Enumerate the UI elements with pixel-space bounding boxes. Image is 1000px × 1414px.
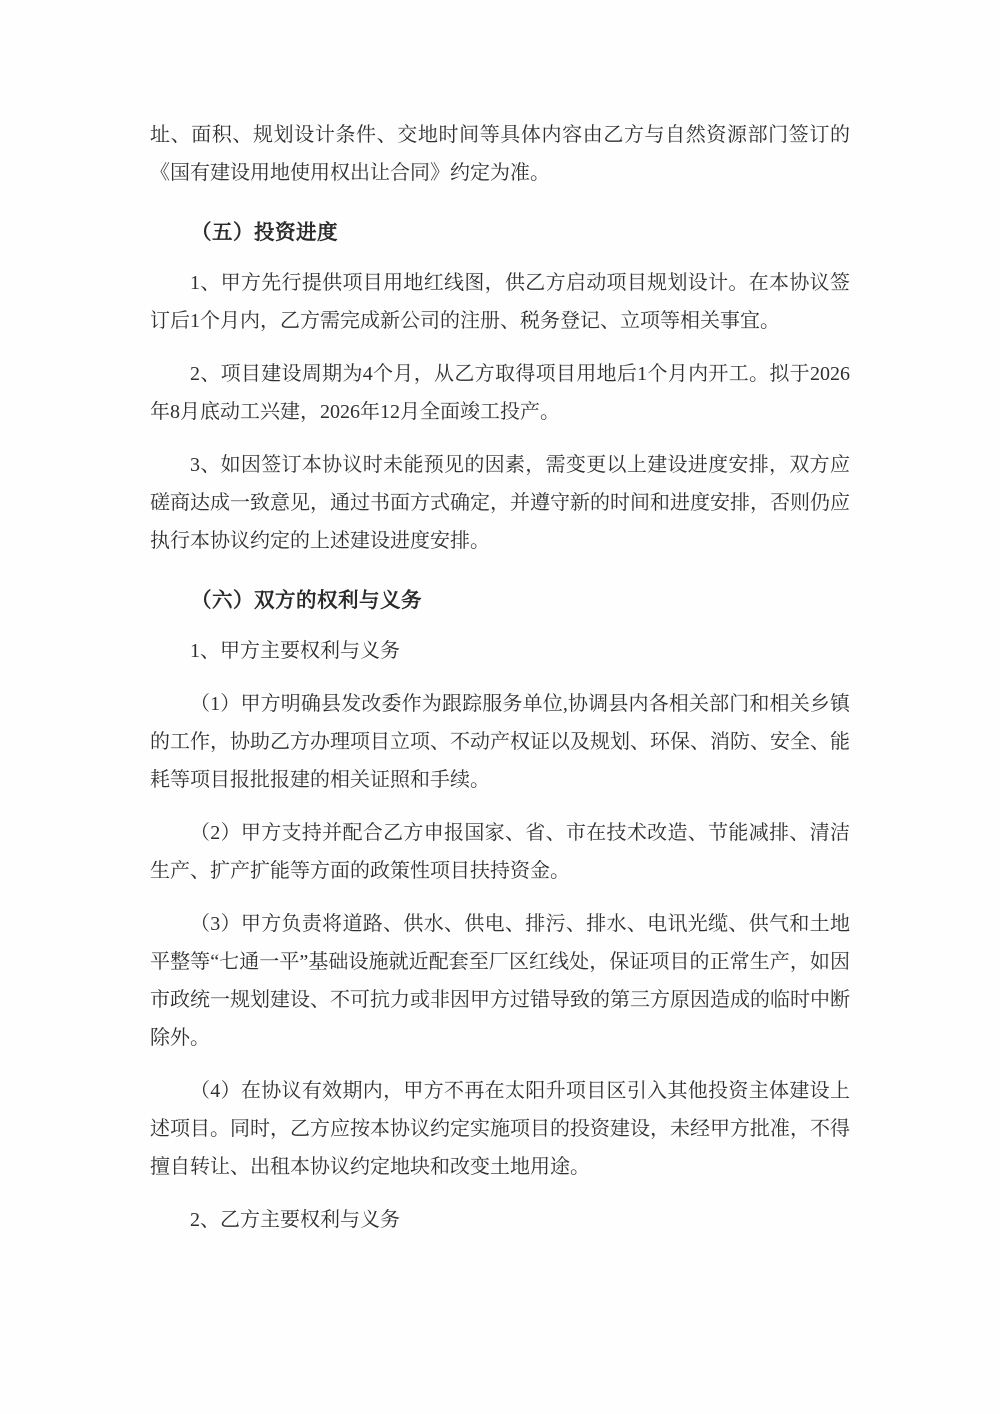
paragraph-party-a-item-3: （3）甲方负责将道路、供水、供电、排污、排水、电讯光缆、供气和土地平整等“七通一… — [150, 905, 850, 1057]
section-heading-rights-obligations: （六）双方的权利与义务 — [150, 582, 850, 620]
paragraph-schedule-item-1: 1、甲方先行提供项目用地红线图，供乙方启动项目规划设计。在本协议签订后1个月内，… — [150, 264, 850, 340]
paragraph-schedule-item-2: 2、项目建设周期为4个月，从乙方取得项目用地后1个月内开工。拟于2026年8月底… — [150, 355, 850, 431]
paragraph-party-a-item-4: （4）在协议有效期内，甲方不再在太阳升项目区引入其他投资主体建设上述项目。同时，… — [150, 1072, 850, 1186]
document-page: 址、面积、规划设计条件、交地时间等具体内容由乙方与自然资源部门签订的《国有建设用… — [0, 0, 1000, 1414]
paragraph-party-a-rights-title: 1、甲方主要权利与义务 — [150, 632, 850, 670]
paragraph-continued-land-contract: 址、面积、规划设计条件、交地时间等具体内容由乙方与自然资源部门签订的《国有建设用… — [150, 116, 850, 192]
paragraph-party-a-item-2: （2）甲方支持并配合乙方申报国家、省、市在技术改造、节能减排、清洁生产、扩产扩能… — [150, 814, 850, 890]
paragraph-party-b-rights-title: 2、乙方主要权利与义务 — [150, 1201, 850, 1239]
document-body: 址、面积、规划设计条件、交地时间等具体内容由乙方与自然资源部门签订的《国有建设用… — [150, 116, 850, 1239]
section-heading-investment-schedule: （五）投资进度 — [150, 214, 850, 252]
paragraph-schedule-item-3: 3、如因签订本协议时未能预见的因素，需变更以上建设进度安排，双方应磋商达成一致意… — [150, 446, 850, 560]
paragraph-party-a-item-1: （1）甲方明确县发改委作为跟踪服务单位,协调县内各相关部门和相关乡镇的工作，协助… — [150, 685, 850, 799]
